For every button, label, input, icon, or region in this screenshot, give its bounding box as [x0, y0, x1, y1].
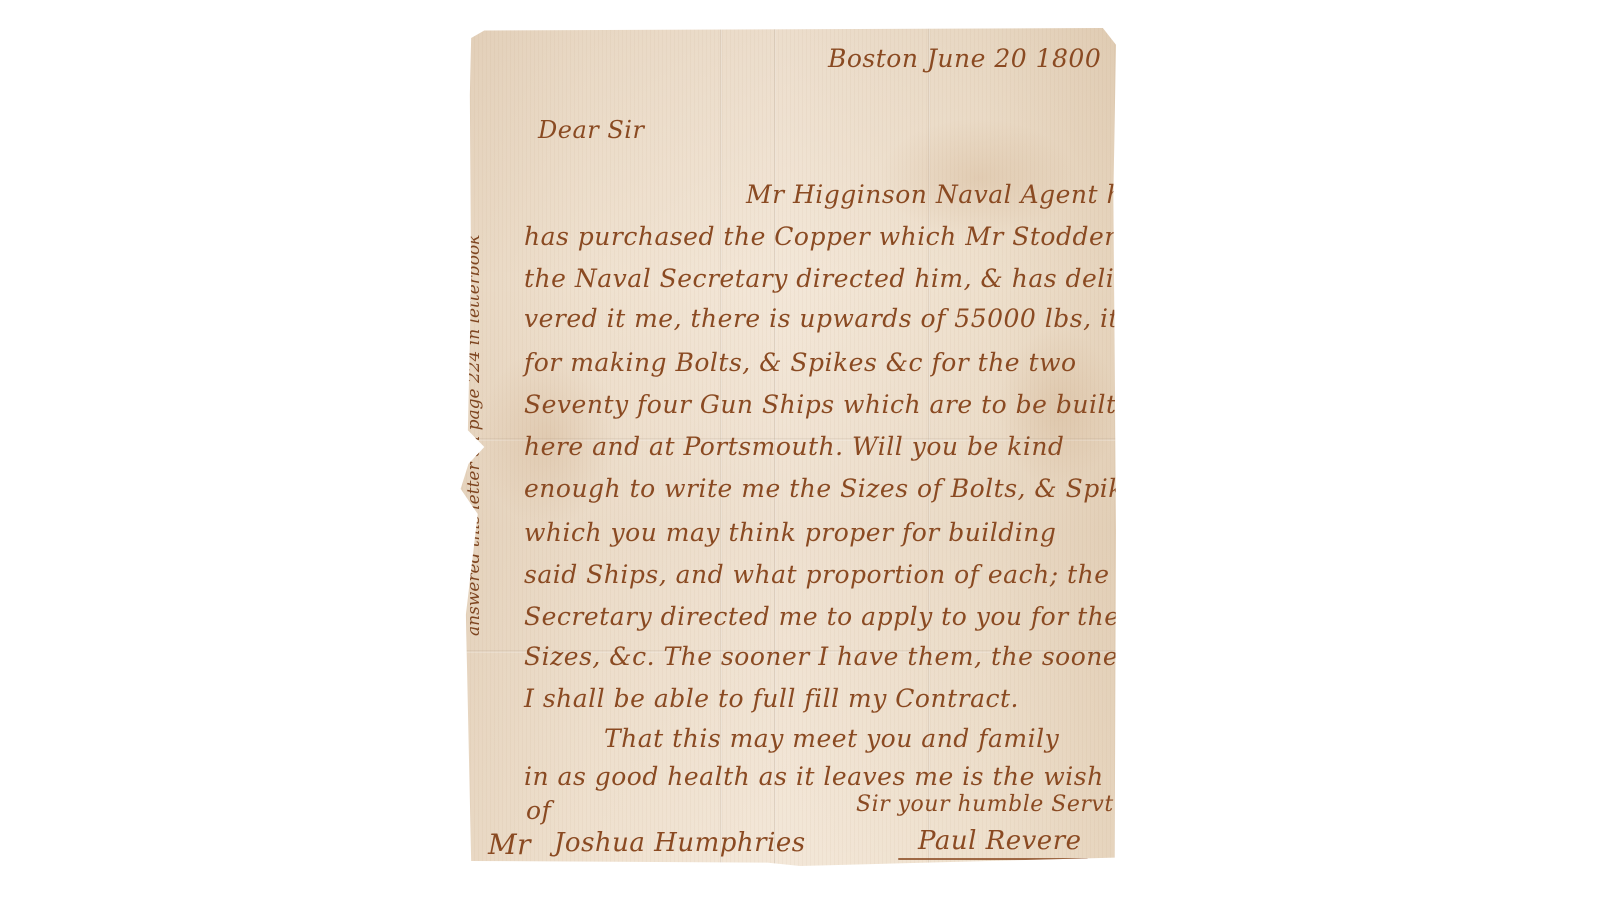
body-line: here and at Portsmouth. Will you be kind: [524, 432, 1064, 461]
image-stage: answered this letter on page 224 in lett…: [0, 0, 1600, 900]
valediction: Sir your humble Servt: [856, 792, 1114, 817]
dateline: Boston June 20 1800: [828, 44, 1101, 73]
body-line: which you may think proper for building: [524, 518, 1056, 547]
body-line: enough to write me the Sizes of Bolts, &…: [524, 474, 1153, 503]
body-line: vered it me, there is upwards of 55000 l…: [524, 304, 1149, 333]
letter-paper: answered this letter on page 224 in lett…: [458, 28, 1116, 866]
signature-flourish: [898, 858, 1088, 860]
body-line: said Ships, and what proportion of each;…: [524, 560, 1110, 589]
body-line: the Naval Secretary directed him, & has …: [524, 264, 1123, 293]
signature: Paul Revere: [918, 826, 1082, 856]
body-line: Mr Higginson Naval Agent here: [746, 180, 1166, 209]
closing-line: That this may meet you and family: [604, 724, 1059, 753]
body-line: has purchased the Copper which Mr Stodde…: [524, 222, 1127, 251]
margin-note: answered this letter on page 224 in lett…: [464, 234, 484, 636]
addressee-name: Joshua Humphries: [554, 828, 806, 858]
closing-line: of: [526, 796, 551, 825]
body-line: I shall be able to full fill my Contract…: [524, 684, 1019, 713]
body-line: Sizes, &c. The sooner I have them, the s…: [524, 642, 1131, 671]
addressee-prefix: Mr: [488, 828, 531, 861]
body-line: for making Bolts, & Spikes &c for the tw…: [524, 348, 1077, 377]
closing-line: in as good health as it leaves me is the…: [524, 762, 1104, 791]
body-line: Secretary directed me to apply to you fo…: [524, 602, 1120, 631]
paper-stain: [878, 118, 1078, 238]
salutation: Dear Sir: [538, 116, 644, 144]
body-line: Seventy four Gun Ships which are to be b…: [524, 390, 1117, 419]
